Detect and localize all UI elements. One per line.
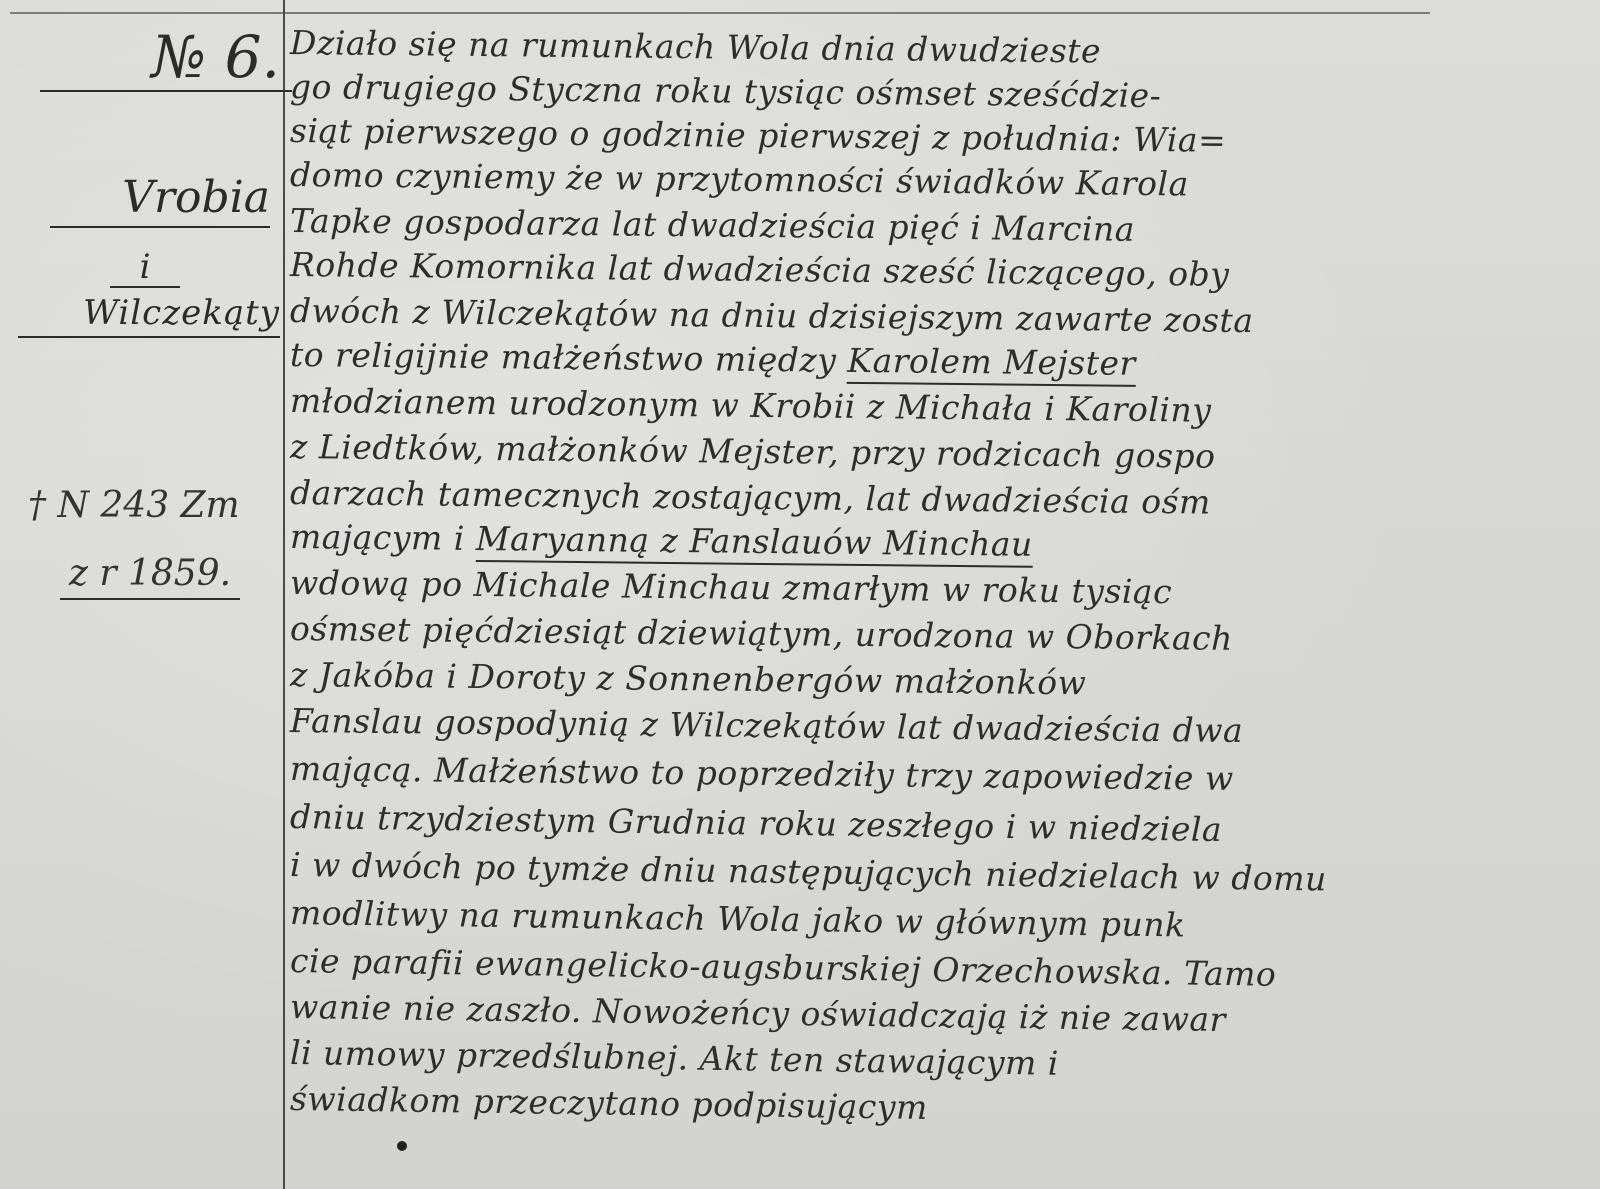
record-line: modlitwy na rumunkach Wola jako w główny… xyxy=(290,896,1186,942)
record-line: darzach tamecznych zostającym, lat dwadz… xyxy=(290,476,1211,519)
record-body: Działo się na rumunkach Wola dnia dwudzi… xyxy=(290,0,1600,1189)
record-line: domo czyniemy że w przytomności świadków… xyxy=(290,158,1189,200)
record-line-text: to religijnie małżeństwo między Karolem … xyxy=(290,335,1136,387)
place-name-2: Wilczekąty xyxy=(18,296,280,338)
margin-ruled-line xyxy=(283,0,285,1189)
record-line: i w dwóch po tymże dniu następujących ni… xyxy=(290,848,1327,895)
record-line-groom: to religijnie małżeństwo między Karolem … xyxy=(290,338,1136,380)
record-line: dniu trzydziestym Grudnia roku zeszłego … xyxy=(290,800,1223,846)
record-line: świadkom przeczytano podpisującym xyxy=(290,1082,928,1124)
record-line: z Liedtków, małżonków Mejster, przy rodz… xyxy=(290,430,1216,473)
record-line: siąt pierwszego o godzinie pierwszej z p… xyxy=(290,114,1227,157)
place-name-1: Vrobia xyxy=(50,176,270,228)
entry-number: № 6. xyxy=(40,28,292,92)
record-line: mającą. Małżeństwo to poprzedziły trzy z… xyxy=(290,752,1234,795)
record-line-bride: mającym i Maryanną z Fanslauów Minchau xyxy=(290,520,1033,561)
death-reference-year: z r 1859. xyxy=(60,556,240,600)
record-line: Fanslau gospodynią z Wilczekątów lat dwa… xyxy=(290,704,1244,747)
record-line: dwóch z Wilczekątów na dniu dzisiejszym … xyxy=(290,294,1254,337)
ink-dot xyxy=(397,1141,407,1151)
record-line: cie parafii ewangelicko-augsburskiej Orz… xyxy=(290,944,1277,991)
register-page: № 6. Vrobia i Wilczekąty † N 243 Zm z r … xyxy=(0,0,1600,1189)
place-conjunction: i xyxy=(110,250,180,288)
record-line: wdową po Michale Minchau zmarłym w roku … xyxy=(290,566,1172,608)
death-reference-line: † N 243 Zm xyxy=(28,488,280,524)
record-line: go drugiego Styczna roku tysiąc ośmset s… xyxy=(290,70,1162,112)
record-line: wanie nie zaszło. Nowożeńcy oświadczają … xyxy=(290,990,1226,1036)
record-line: Tapke gospodarza lat dwadzieścia pięć i … xyxy=(290,204,1135,246)
record-line: z Jakóba i Doroty z Sonnenbergów małżonk… xyxy=(290,658,1087,699)
record-line: młodzianem urodzonym w Krobii z Michała … xyxy=(290,384,1212,427)
record-line: ośmset pięćdziesiąt dziewiątym, urodzona… xyxy=(290,612,1233,655)
underlined-name: Maryanną z Fanslauów Minchau xyxy=(476,519,1033,568)
underlined-name: Karolem Mejster xyxy=(847,341,1136,387)
record-line: Działo się na rumunkach Wola dnia dwudzi… xyxy=(290,26,1101,67)
margin-column: № 6. Vrobia i Wilczekąty † N 243 Zm z r … xyxy=(0,0,283,1189)
record-line: li umowy przedślubnej. Akt ten stawający… xyxy=(290,1036,1059,1080)
record-line: Rohde Komornika lat dwadzieścia sześć li… xyxy=(290,248,1230,291)
